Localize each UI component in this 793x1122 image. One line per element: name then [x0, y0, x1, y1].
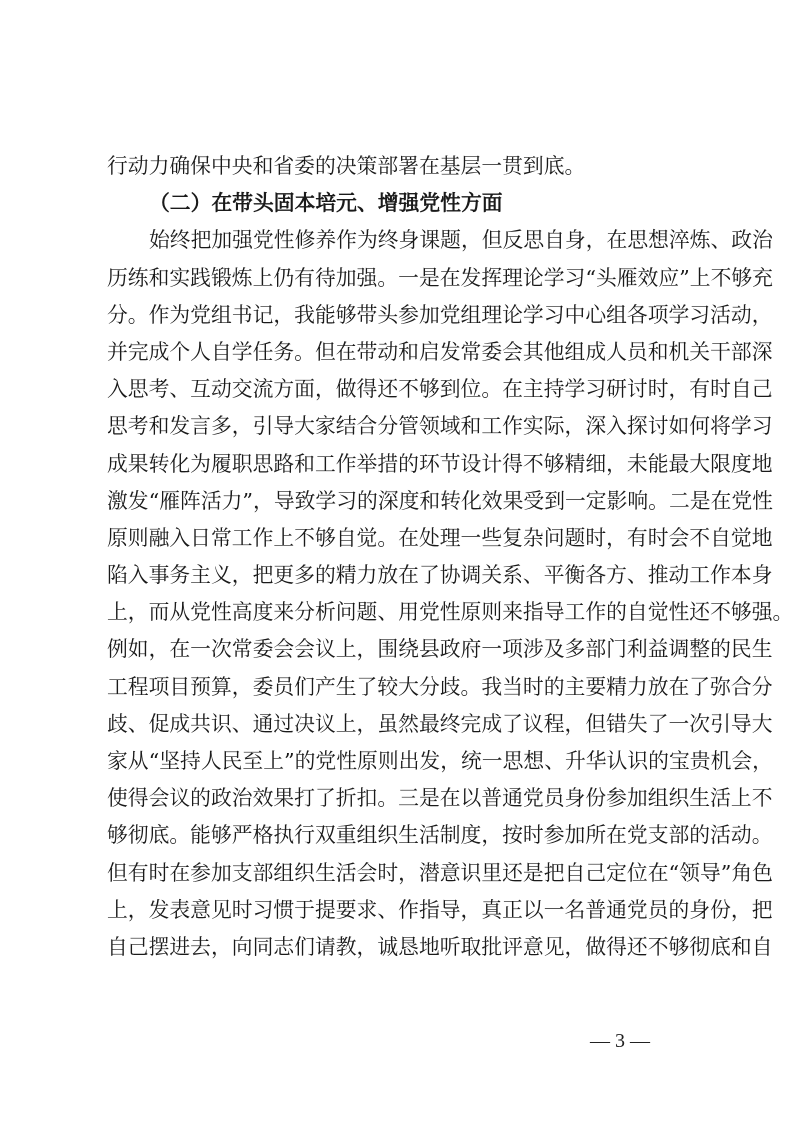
paragraph-line: 行动力确保中央和省委的决策部署在基层一贯到底。	[107, 148, 691, 185]
paragraph-line: 思考和发言多，引导大家结合分管领域和工作实际，深入探讨如何将学习	[107, 408, 691, 445]
paragraph-line: 历练和实践锻炼上仍有待加强。一是在发挥理论学习“头雁效应”上不够充	[107, 260, 691, 297]
paragraph-line: 并完成个人自学任务。但在带动和启发常委会其他组成人员和机关干部深	[107, 334, 691, 371]
document-body: 行动力确保中央和省委的决策部署在基层一贯到底。 （二）在带头固本培元、增强党性方…	[107, 148, 691, 966]
paragraph-line: 使得会议的政治效果打了折扣。三是在以普通党员身份参加组织生活上不	[107, 780, 691, 817]
section-heading: （二）在带头固本培元、增强党性方面	[107, 185, 691, 222]
paragraph-line: 始终把加强党性修养作为终身课题，但反思自身，在思想淬炼、政治	[107, 222, 691, 259]
paragraph-line: 工程项目预算，委员们产生了较大分歧。我当时的主要精力放在了弥合分	[107, 669, 691, 706]
paragraph-line: 分。作为党组书记，我能够带头参加党组理论学习中心组各项学习活动，	[107, 297, 691, 334]
paragraph-line: 激发“雁阵活力”，导致学习的深度和转化效果受到一定影响。二是在党性	[107, 483, 691, 520]
paragraph-line: 成果转化为履职思路和工作举措的环节设计得不够精细，未能最大限度地	[107, 446, 691, 483]
paragraph-line: 陷入事务主义，把更多的精力放在了协调关系、平衡各方、推动工作本身	[107, 557, 691, 594]
paragraph-line: 上，而从党性高度来分析问题、用党性原则来指导工作的自觉性还不够强。	[107, 594, 691, 631]
paragraph-line: 原则融入日常工作上不够自觉。在处理一些复杂问题时，有时会不自觉地	[107, 520, 691, 557]
paragraph-line: 歧、促成共识、通过决议上，虽然最终完成了议程，但错失了一次引导大	[107, 706, 691, 743]
document-page: 行动力确保中央和省委的决策部署在基层一贯到底。 （二）在带头固本培元、增强党性方…	[0, 0, 793, 1122]
paragraph-line: 例如，在一次常委会会议上，围绕县政府一项涉及多部门利益调整的民生	[107, 631, 691, 668]
paragraph-line: 自己摆进去，向同志们请教，诚恳地听取批评意见，做得还不够彻底和自	[107, 929, 691, 966]
paragraph-line: 家从“坚持人民至上”的党性原则出发，统一思想、升华认识的宝贵机会，	[107, 743, 691, 780]
paragraph-line: 够彻底。能够严格执行双重组织生活制度，按时参加所在党支部的活动。	[107, 817, 691, 854]
paragraph-line: 入思考、互动交流方面，做得还不够到位。在主持学习研讨时，有时自己	[107, 371, 691, 408]
paragraph-line: 上，发表意见时习惯于提要求、作指导，真正以一名普通党员的身份，把	[107, 892, 691, 929]
page-number: — 3 —	[590, 1030, 650, 1053]
paragraph-line: 但有时在参加支部组织生活会时，潜意识里还是把自己定位在“领导”角色	[107, 855, 691, 892]
